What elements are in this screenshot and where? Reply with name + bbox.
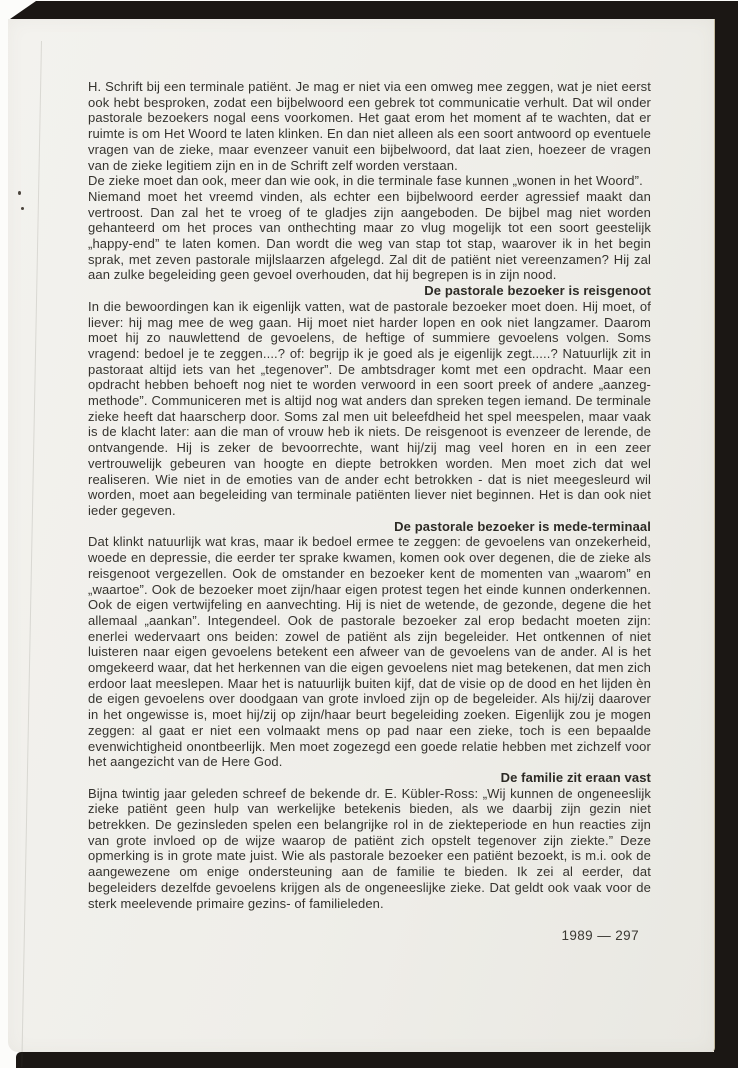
section-heading: De familie zit eraan vast [88,770,651,786]
scanner-background-right [714,1,738,1068]
section-heading: De pastorale bezoeker is reisgenoot [88,283,651,299]
paper-speck [18,191,21,195]
paragraph: De zieke moet dan ook, meer dan wie ook,… [88,173,651,189]
paragraph: Bijna twintig jaar geleden schreef de be… [88,786,651,912]
page-fold-crease [21,41,42,1067]
scanner-background-top [10,1,738,19]
paragraph: Dat klinkt natuurlijk wat kras, maar ik … [88,534,651,770]
page-number: 1989 — 297 [88,928,651,944]
section-heading: De pastorale bezoeker is mede-terminaal [88,519,651,535]
paragraph: Niemand moet het vreemd vinden, als echt… [88,189,651,283]
page-text: H. Schrift bij een terminale patiënt. Je… [88,79,651,944]
scanner-background-bottom [16,1052,738,1068]
paper-page: H. Schrift bij een terminale patiënt. Je… [8,19,715,1052]
paper-speck [21,207,24,210]
scanned-document-page: H. Schrift bij een terminale patiënt. Je… [0,0,738,1068]
paragraph: In die bewoordingen kan ik eigenlijk vat… [88,299,651,519]
paragraph: H. Schrift bij een terminale patiënt. Je… [88,79,651,173]
